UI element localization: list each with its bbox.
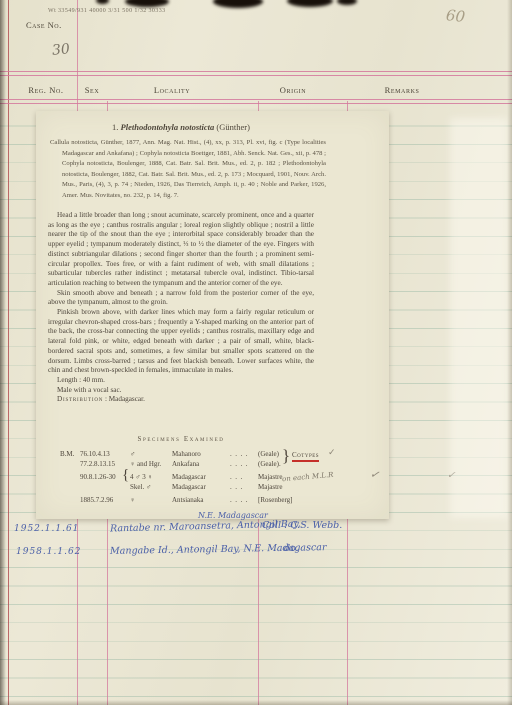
specimen-locality: Madagascar [172, 472, 230, 482]
scan-blot [96, 0, 109, 4]
pink-rule [0, 99, 512, 100]
specimen-sex: ♂ [130, 449, 172, 459]
description-paragraph-3: Pinkish brown above, with darker lines w… [48, 308, 314, 376]
specimen-origin: [Rosenberg] [258, 495, 360, 505]
distribution-label: Distribution [57, 395, 103, 403]
column-header-sex: Sex [85, 85, 100, 95]
specimen-locality: Madagascar [172, 482, 230, 492]
ledger-page: Wt 33549/931 40000 3/31 500 1/32 30333 C… [0, 0, 512, 705]
specimens-examined-heading: Specimens Examined [36, 436, 326, 443]
bm-prefix: B.M. [60, 449, 80, 459]
specimen-row: 1885.7.2.96 ♀ Antsianaka . . . . [Rosenb… [60, 495, 360, 505]
species-name: Plethodontohyla notosticta [121, 122, 215, 132]
entry-origin: Coll : C.S. Webb. [262, 520, 342, 531]
specimen-sex: ♀ and Hgr. [130, 459, 172, 469]
cotypes-label: Cotypes [292, 451, 319, 462]
specimen-locality: Mahanoro [172, 449, 230, 459]
leader-dots: . . . [230, 482, 258, 492]
entry-reg-no: 1958.1.1.62 [16, 547, 81, 557]
species-number: 1. [112, 122, 118, 132]
column-header-locality: Locality [154, 85, 190, 95]
leader-dots: . . . . [230, 449, 258, 459]
pink-rule [0, 71, 512, 72]
specimen-reg: 76.10.4.13 [80, 449, 110, 459]
column-header-origin: Origin [280, 85, 306, 95]
species-title: 1. Plethodontohyla notosticta (Günther) [36, 122, 326, 132]
specimen-locality: Ankafana [172, 459, 230, 469]
leader-dots: . . . [230, 472, 258, 482]
scan-blot [337, 0, 357, 5]
specimen-reg: 90.8.1.26-30 [80, 472, 116, 482]
case-no-value: 30 [51, 41, 70, 59]
specimen-locality: Antsianaka [172, 495, 230, 505]
leader-dots: . . . . [230, 495, 258, 505]
scan-blot [287, 0, 333, 7]
description-block: Head a little broader than long ; snout … [48, 211, 314, 405]
entry-reg-no: 1952.1.1.61 [14, 524, 79, 534]
page-edge-shadow [0, 0, 6, 705]
scan-blot [213, 0, 263, 8]
specimen-reg: 1885.7.2.96 [80, 495, 113, 505]
column-header-reg-no: Reg. No. [28, 85, 63, 95]
specimen-sex: Skel. ♂ [130, 482, 172, 492]
printer-code: Wt 33549/931 40000 3/31 500 1/32 30333 [48, 8, 166, 14]
distribution-value: : Madagascar. [103, 395, 145, 403]
page-edge-shadow [0, 700, 512, 705]
case-no-label: Case No. [26, 20, 62, 30]
specimen-sex: ♀ [130, 495, 172, 505]
cotypes-brace: } [282, 446, 290, 466]
specimen-sex: 4 ♂ 3 ♀ [130, 472, 172, 482]
pink-rule [0, 75, 512, 76]
pencil-checkmark: ✓ [328, 447, 336, 458]
description-paragraph-1: Head a little broader than long ; snout … [48, 211, 314, 289]
scan-blot [125, 0, 169, 7]
specimen-reg: 77.2.8.13.15 [80, 459, 115, 469]
margin-line [8, 0, 9, 705]
vocal-sac-line: Male with a vocal sac. [48, 386, 314, 396]
leader-dots: . . . . [230, 459, 258, 469]
description-paragraph-2: Skin smooth above and beneath ; a narrow… [48, 289, 314, 308]
synonymy-paragraph: Callula notosticta, Günther, 1877, Ann. … [50, 138, 326, 202]
series-brace: { [122, 467, 129, 484]
specimen-row: Skel. ♂ Madagascar . . . Majastre [60, 482, 360, 492]
pink-rule [0, 103, 512, 104]
entry-origin: do. [284, 543, 299, 554]
length-line: Length : 40 mm. [48, 376, 314, 386]
page-curl-highlight [450, 118, 508, 518]
column-header-remarks: Remarks [385, 85, 420, 95]
folio-number: 60 [445, 6, 466, 26]
specimen-origin: Majastre [258, 482, 360, 492]
pasted-excerpt-sheet: 1. Plethodontohyla notosticta (Günther) … [36, 111, 389, 519]
distribution-line: Distribution : Madagascar. [48, 395, 314, 405]
species-author: (Günther) [216, 122, 250, 132]
page-edge-shadow [507, 0, 512, 705]
